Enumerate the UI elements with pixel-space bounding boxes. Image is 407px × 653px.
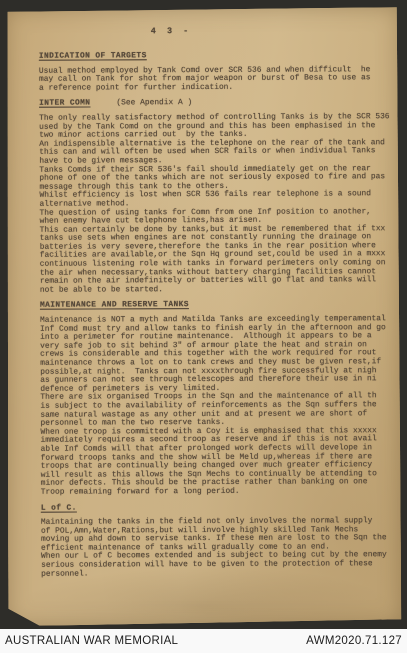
section-indication-of-targets: INDICATION OF TARGETS Usual method emplo… (39, 51, 393, 93)
paragraph: Maintenance is NOT a myth and Matilda Ta… (40, 315, 395, 497)
section-heading: MAINTENANCE AND RESERVE TANKS (40, 301, 189, 311)
paragraph: Maintaining the tanks in the field not o… (41, 517, 395, 579)
archive-name: AUSTRALIAN WAR MEMORIAL (5, 635, 178, 647)
section-maintenance-and-reserve-tanks: MAINTENANCE AND RESERVE TANKS Maintenanc… (40, 301, 395, 498)
section-heading: INDICATION OF TARGETS (39, 51, 147, 60)
paper-sheet: 4 3 - INDICATION OF TARGETS Usual method… (6, 7, 402, 626)
accession-number: AWM2020.71.127 (306, 635, 402, 647)
section-heading-row: INTER COMN(See Apendix A ) (39, 99, 393, 109)
page-number: 4 3 - (151, 26, 393, 36)
heading-suffix: (See Apendix A ) (116, 98, 192, 107)
archive-photo: 4 3 - INDICATION OF TARGETS Usual method… (0, 0, 407, 653)
paragraph: The only really satisfactory method of c… (39, 113, 394, 295)
footer-bar: AUSTRALIAN WAR MEMORIAL AWM2020.71.127 (0, 629, 407, 653)
section-heading: L of C. (41, 503, 77, 512)
section-heading-row: L of C. (41, 503, 395, 513)
section-l-of-c: L of C. Maintaining the tanks in the fie… (41, 503, 395, 579)
section-heading-row: INDICATION OF TARGETS (39, 51, 393, 61)
section-inter-comn: INTER COMN(See Apendix A ) The only real… (39, 99, 394, 296)
paragraph: Usual method employed by Tank Comd over … (39, 66, 393, 93)
section-heading: INTER COMN (39, 99, 90, 108)
section-heading-row: MAINTENANCE AND RESERVE TANKS (40, 301, 394, 311)
